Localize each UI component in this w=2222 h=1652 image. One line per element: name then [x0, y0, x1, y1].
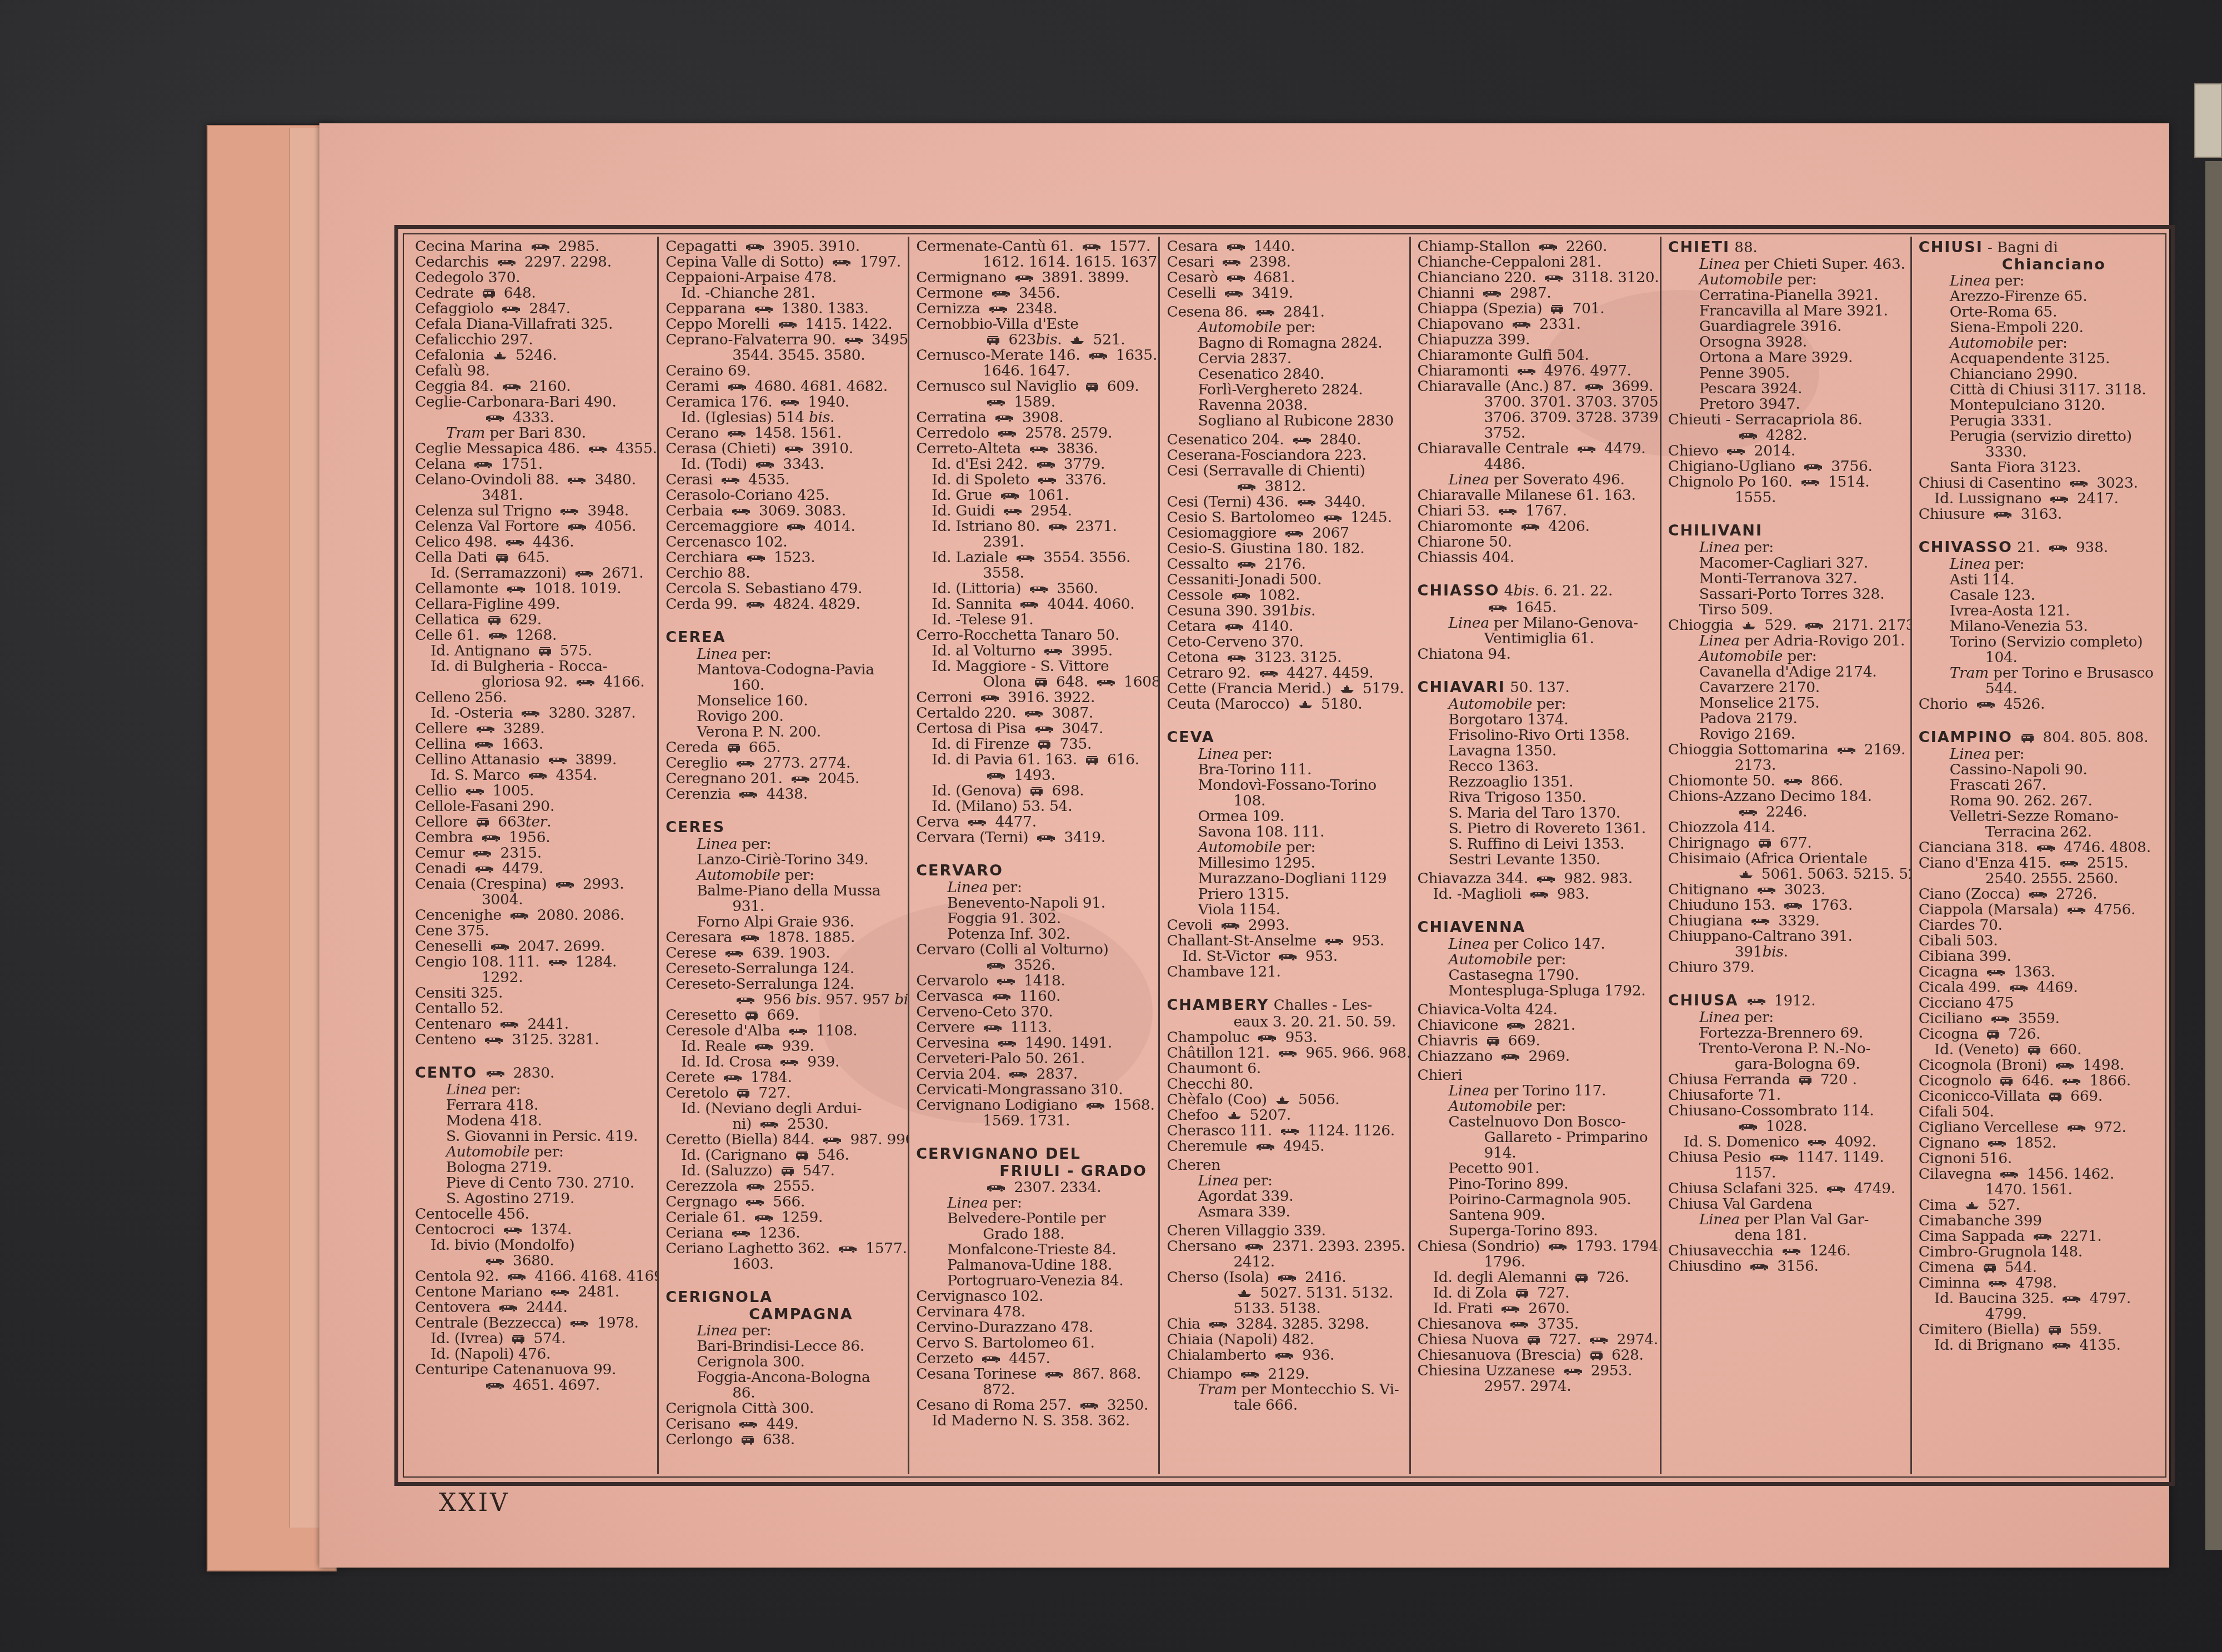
index-entry: Cefalù 98. — [415, 363, 652, 379]
bus-icon — [495, 1299, 522, 1316]
entry-continuation: 1612. 1614. 1615. 1637. — [916, 254, 1153, 270]
bus-icon — [1254, 1029, 1280, 1046]
bus-icon — [1228, 587, 1254, 604]
service-type: Linea — [1699, 632, 1740, 649]
entry-continuation: 5133. 5138. — [1167, 1301, 1403, 1316]
index-entry: Cheren Villaggio 339. — [1167, 1223, 1403, 1239]
index-entry: Cevoli 2993. — [1167, 918, 1403, 933]
tram-icon — [1754, 834, 1775, 852]
destination-entry: Pescara 3924. — [1668, 381, 1905, 397]
bus-icon — [527, 238, 554, 255]
bus-icon — [1078, 238, 1105, 255]
service-detail: per: — [1239, 745, 1273, 763]
bus-icon — [2058, 1072, 2085, 1089]
bus-icon — [1255, 664, 1282, 682]
bus-icon — [1033, 829, 1059, 846]
index-entry: Censiti 325. — [415, 985, 652, 1001]
bus-icon — [1223, 269, 1249, 286]
index-entry: Chia 3284. 3285. 3298. — [1167, 1316, 1403, 1332]
station-heading: CHIUSA 1912. — [1668, 992, 1905, 1010]
destination-entry: Poirino-Carmagnola 905. — [1418, 1192, 1654, 1208]
tram-icon — [1030, 673, 1052, 690]
bus-icon — [750, 300, 777, 317]
index-entry: Cerratina 3908. — [916, 410, 1153, 425]
service-label: Linea per: — [1919, 557, 2155, 572]
destination-entry: Ivrea-Aosta 121. — [1919, 603, 2155, 619]
id-subentry: Id. Laziale 3554. 3556. — [916, 550, 1153, 565]
service-type: Linea — [1449, 471, 1489, 488]
bus-icon — [1274, 1044, 1301, 1062]
destination-entry: Orte-Roma 65. — [1919, 304, 2155, 320]
tram-icon — [1483, 1032, 1504, 1049]
heading-name: CHIUSI — [1919, 239, 1983, 256]
entry-continuation: 4651. 4697. — [415, 1378, 652, 1393]
service-type: Automobile — [1699, 648, 1783, 665]
destination-entry: S. Giovanni in Persic. 419. — [415, 1129, 652, 1144]
bus-icon — [834, 1240, 861, 1257]
bus-icon — [1220, 284, 1247, 302]
bus-icon — [1765, 1149, 1792, 1166]
bus-icon — [1223, 649, 1250, 666]
entry-continuation: 86. — [665, 1385, 902, 1401]
index-entry: Cellino Attanasio 3899. — [415, 752, 652, 768]
entry-continuation: 5061. 5063. 5215. 5216. — [1668, 867, 1905, 882]
destination-entry: Sogliano al Rubicone 2830 — [1167, 413, 1403, 429]
heading-name: CHAMBERY — [1167, 997, 1269, 1014]
index-entry: Chiesa Nuova 727. 2974. — [1418, 1332, 1654, 1348]
destination-entry: Borgotaro 1374. — [1418, 712, 1654, 728]
service-type: Linea — [1950, 272, 1990, 289]
index-entry: Celenza sul Trigno 3948. — [415, 503, 652, 519]
id-subentry: Id. al Volturno 3995. — [916, 643, 1153, 659]
tram-icon — [1795, 1071, 1816, 1088]
service-label: Linea per Colico 147. — [1418, 937, 1654, 952]
entry-continuation: dena 181. — [1668, 1228, 1905, 1243]
station-heading: CHAMBERY Challes - Les- — [1167, 997, 1403, 1014]
destination-entry: Fortezza-Brennero 69. — [1668, 1025, 1905, 1041]
index-entry: Cerchiara 1523. — [665, 550, 902, 565]
index-entry: Chiusi di Casentino 3023. — [1919, 475, 2155, 491]
id-subentry: Id. -Maglioli 983. — [1418, 887, 1654, 902]
heading-name: CEVA — [1167, 729, 1214, 746]
destination-entry: Monti-Terranova 327. — [1668, 571, 1905, 587]
destination-entry: S. Ruffino di Leivi 1353. — [1418, 837, 1654, 852]
destination-entry: Mantova-Codogna-Pavia — [665, 662, 902, 678]
bus-icon — [1274, 1269, 1300, 1286]
destination-entry: Monselice 2175. — [1668, 695, 1905, 711]
service-type: Linea — [1699, 539, 1740, 556]
index-entry: Cesarò 4681. — [1167, 270, 1403, 286]
service-detail: per: — [487, 1081, 521, 1098]
index-entry: Cerzeto 4457. — [916, 1351, 1153, 1366]
index-entry: Cesari 2398. — [1167, 254, 1403, 270]
destination-entry: Agordat 339. — [1167, 1189, 1403, 1204]
index-entry: Cignano 1852. — [1919, 1135, 2155, 1151]
index-entry: Cifali 504. — [1919, 1104, 2155, 1120]
bus-icon — [1321, 932, 1348, 949]
index-entry: Cefalonia 5246. — [415, 348, 652, 363]
index-column-4: Cesara 1440.Cesari 2398.Cesarò 4681.Cese… — [1158, 237, 1409, 1474]
index-entry: Chiaramonti 4976. 4977. — [1418, 363, 1654, 379]
entry-continuation: 1569. 1731. — [916, 1113, 1153, 1129]
bus-icon — [750, 1209, 777, 1226]
station-heading: CERIGNOLA — [665, 1289, 902, 1306]
destination-entry: Monfalcone-Trieste 84. — [916, 1242, 1153, 1258]
bus-icon — [988, 988, 1015, 1005]
bus-icon — [503, 580, 529, 597]
bus-icon — [2063, 1119, 2090, 1136]
heading-refs: 88. — [1730, 239, 1758, 256]
index-entry: Cerasi 4535. — [665, 472, 902, 488]
index-entry: Ceppo Morelli 1415. 1422. — [665, 317, 902, 332]
id-subentry: Id. Antignano 575. — [415, 643, 652, 659]
service-detail: per: — [1239, 1172, 1273, 1189]
tram-icon — [2017, 729, 2038, 746]
index-entry: Chignolo Po 160. 1514. — [1668, 474, 1905, 490]
destination-entry: Ravenna 2038. — [1167, 398, 1403, 413]
index-entry: Ceserana-Fosciandora 223. — [1167, 448, 1403, 463]
bus-icon — [1503, 1017, 1529, 1034]
index-entry: Cervesina 1490. 1491. — [916, 1035, 1153, 1051]
index-entry: Cerese 639. 1903. — [665, 945, 902, 961]
index-column-7: CHIUSI - Bagni diChiancianoLinea per:Are… — [1910, 237, 2161, 1474]
bus-icon — [498, 300, 524, 317]
service-detail: per: — [988, 879, 1022, 896]
bus-icon — [1221, 618, 1248, 635]
boat-icon — [1294, 695, 1317, 713]
bus-icon — [1804, 1133, 1830, 1150]
service-label: Automobile per: — [1418, 697, 1654, 712]
destination-entry: Pecetto 901. — [1418, 1161, 1654, 1177]
bus-icon — [487, 938, 513, 955]
index-entry: Cervino-Durazzano 478. — [916, 1320, 1153, 1335]
bus-icon — [1508, 316, 1535, 333]
service-type: Automobile — [1449, 951, 1533, 968]
bus-icon — [584, 440, 611, 457]
entry-continuation: 4333. — [415, 410, 652, 425]
bus-icon — [1025, 440, 1052, 457]
index-entry: Chions-Azzano Decimo 184. — [1668, 789, 1905, 804]
index-entry: Chiusa Sclafani 325. 4749. — [1668, 1181, 1905, 1197]
index-entry: Cepparana 1380. 1383. — [665, 301, 902, 317]
bus-icon — [993, 972, 1019, 989]
index-entry: Chiomonte 50. 866. — [1668, 773, 1905, 789]
index-entry: Cerchio 88. — [665, 565, 902, 581]
index-entry: Cerenzia 4438. — [665, 787, 902, 802]
index-entry: Cembra 1956. — [415, 830, 652, 845]
service-detail: per: — [2033, 334, 2067, 352]
index-entry: Chiaramonte Gulfi 504. — [1418, 348, 1654, 363]
bus-icon — [572, 673, 599, 690]
destination-entry: Castelnuovo Don Bosco- — [1418, 1114, 1654, 1130]
entry-continuation: eaux 3. 20. 21. 50. 59. — [1167, 1014, 1403, 1030]
index-entry: Ceregnano 201. 2045. — [665, 771, 902, 787]
destination-entry: Macomer-Cagliari 327. — [1668, 555, 1905, 571]
bus-icon — [1040, 642, 1067, 659]
service-type: Automobile — [1198, 319, 1282, 336]
destination-entry: Trento-Verona P. N.-No- — [1668, 1041, 1905, 1057]
index-entry: Chiusavecchia 1246. — [1668, 1243, 1905, 1259]
heading-name: CHIASSO — [1418, 582, 1500, 599]
entry-continuation: 2173. — [1668, 758, 1905, 773]
bus-icon — [524, 767, 551, 784]
index-entry: Chiassis 404. — [1418, 550, 1654, 565]
destination-entry: Pino-Torino 899. — [1418, 1177, 1654, 1192]
service-detail: per: — [1532, 1098, 1566, 1115]
index-entry: Cefaggiolo 2847. — [415, 301, 652, 317]
entry-continuation: 1796. — [1418, 1254, 1654, 1270]
bus-icon — [1780, 897, 1806, 914]
index-entry: Chigiano-Ugliano 3756. — [1668, 459, 1905, 474]
bus-icon — [1581, 378, 1608, 395]
service-type: Linea — [947, 1194, 988, 1212]
bus-icon — [840, 331, 867, 348]
id-subentry: Id. Id. Crosa 939. — [665, 1054, 902, 1070]
index-entry: Ciardes 70. — [1919, 918, 2155, 933]
station-heading: CEREA — [665, 629, 902, 647]
index-entry: Cernusco-Merate 146. 1635. — [916, 348, 1153, 363]
bus-icon — [1319, 509, 1346, 526]
bus-icon — [721, 944, 748, 962]
index-entry: Cecina Marina 2985. — [415, 239, 652, 254]
bus-icon — [564, 518, 590, 535]
index-entry: Cellole-Fasani 290. — [415, 799, 652, 814]
index-entry: Cerva 4477. — [916, 814, 1153, 830]
id-subentry: Id. Reale 939. — [665, 1039, 902, 1054]
id-subentry: Id. di Pavia 61. 163. 616. — [916, 752, 1153, 768]
bus-icon — [1041, 1365, 1068, 1383]
bus-icon — [472, 720, 499, 737]
id-subentry: Id. (Genova) 698. — [916, 783, 1153, 799]
index-entry: Chioggia Sottomarina 2169. — [1668, 742, 1905, 758]
index-entry: Centuripe Catenanuova 99. — [415, 1362, 652, 1378]
bus-icon — [977, 689, 1003, 706]
index-entry: Cesenatico 204. 2840. — [1167, 432, 1403, 448]
service-detail: per Torino e Brusasco — [1989, 664, 2154, 682]
index-entry: Certaldo 220. 3087. — [916, 705, 1153, 721]
bus-icon — [735, 785, 762, 803]
index-entry: Cepagatti 3905. 3910. — [665, 239, 902, 254]
bus-icon — [482, 409, 508, 426]
index-entry: Chiavica-Volta 424. — [1418, 1002, 1654, 1018]
station-heading: CEVA — [1167, 729, 1403, 747]
bus-icon — [732, 991, 759, 1008]
bus-icon — [563, 471, 590, 488]
bus-icon — [1723, 442, 1749, 459]
id-subentry: Id. Maggiore - S. Vittore — [916, 659, 1153, 674]
destination-entry: Santena 909. — [1418, 1208, 1654, 1223]
service-label: Tram per Torino e Brusasco — [1919, 665, 2155, 681]
bus-icon — [1082, 1097, 1109, 1114]
service-detail: per: — [737, 645, 771, 663]
index-entry: Chiusdino 3156. — [1668, 1259, 1905, 1274]
index-entry: Ciano d'Enza 415. 2515. — [1919, 855, 2155, 871]
destination-entry: Millesimo 1295. — [1167, 855, 1403, 871]
service-type: Linea — [1198, 745, 1238, 763]
index-entry: Centovera 2444. — [415, 1300, 652, 1315]
bus-icon — [1012, 549, 1039, 566]
service-label: Tram per Montecchio S. Vi- — [1167, 1382, 1403, 1398]
index-entry: Chiuro 379. — [1668, 960, 1905, 975]
bus-icon — [1093, 673, 1119, 690]
index-entry: Chaumont 6. — [1167, 1061, 1403, 1077]
entry-continuation: 5027. 5131. 5132. — [1167, 1285, 1403, 1301]
bus-icon — [2063, 901, 2090, 918]
index-entry: Cervere 1113. — [916, 1020, 1153, 1035]
destination-entry: Verona P. N. 200. — [665, 724, 902, 740]
index-entry: Cefalicchio 297. — [415, 332, 652, 348]
bus-icon — [1533, 870, 1559, 887]
service-type: Linea — [697, 1322, 737, 1339]
index-entry: Chiozzola 414. — [1668, 820, 1905, 835]
entry-continuation: 931. — [665, 899, 902, 914]
index-entry: Cerami 4680. 4681. 4682. — [665, 379, 902, 394]
destination-entry: Bologna 2719. — [415, 1160, 652, 1175]
station-heading-continuation: CAMPAGNA — [665, 1306, 902, 1323]
entry-continuation: 1157. — [1668, 1165, 1905, 1181]
page-number: XXIV — [439, 1489, 510, 1517]
service-type: Linea — [1449, 1082, 1489, 1099]
index-entry: Ciciliano 3559. — [1919, 1011, 2155, 1027]
id-subentry: Id. Sannita 4044. 4060. — [916, 597, 1153, 612]
index-entry: Chirignago 677. — [1668, 835, 1905, 851]
destination-entry: Cerignola 300. — [665, 1354, 902, 1370]
index-entry: Cicala 499. 4469. — [1919, 980, 2155, 995]
destination-entry: Asti 114. — [1919, 572, 2155, 588]
bus-icon — [1743, 993, 1770, 1009]
bus-icon — [1484, 599, 1511, 616]
index-entry: Celenza Val Fortore 4056. — [415, 519, 652, 534]
index-column-6: CHIETI 88.Linea per Chieti Super. 463.Au… — [1660, 237, 1910, 1474]
destination-entry: Rezzoaglio 1351. — [1418, 774, 1654, 790]
id-subentry: Id. (Todi) 3343. — [665, 457, 902, 472]
index-entry: Cherso (Isola) 2416. — [1167, 1270, 1403, 1285]
index-entry: Cerveno-Ceto 370. — [916, 1004, 1153, 1020]
id-subentry: Id Maderno N. S. 358. 362. — [916, 1413, 1153, 1429]
index-entry: Cernizza 2348. — [916, 301, 1153, 317]
service-detail: per Colico 147. — [1489, 935, 1605, 953]
index-entry: Chambave 121. — [1167, 964, 1403, 980]
bus-icon — [1237, 1365, 1263, 1383]
service-label: Automobile per: — [1167, 320, 1403, 336]
station-heading: CENTO 2830. — [415, 1064, 652, 1082]
index-entry: Chiazzano 2969. — [1418, 1049, 1654, 1064]
heading-name: CHILIVANI — [1668, 522, 1763, 539]
entry-continuation: gara-Bologna 69. — [1668, 1057, 1905, 1072]
bus-icon — [571, 564, 598, 582]
index-entry: Cereseto-Serralunga 124. — [665, 961, 902, 977]
bus-icon — [2029, 1228, 2056, 1245]
bus-icon — [2045, 539, 2071, 556]
index-entry: Chiaia (Napoli) 482. — [1167, 1332, 1403, 1348]
destination-entry: Guardiagrele 3916. — [1668, 319, 1905, 334]
id-subentry: Id. di Brignano 4135. — [1919, 1338, 2155, 1353]
service-type: Automobile — [1699, 271, 1783, 288]
bus-icon — [2058, 1290, 2085, 1307]
service-type: Linea — [1449, 614, 1489, 632]
index-column-5: Chiamp-Stallon 2260.Chianche-Ceppaloni 2… — [1409, 237, 1660, 1474]
book-tab — [2194, 83, 2222, 158]
id-subentry: Id. di Bulgheria - Rocca- — [415, 659, 652, 674]
index-entry: Chiarone 50. — [1418, 534, 1654, 550]
entry-continuation: 2412. — [1167, 1254, 1403, 1270]
boat-icon — [1735, 865, 1757, 883]
index-entry: Cheremule 4945. — [1167, 1139, 1403, 1154]
destination-entry: Penne 3905. — [1668, 366, 1905, 381]
tram-icon — [2044, 1321, 2065, 1338]
service-label: Automobile per: — [1668, 272, 1905, 288]
id-subentry: Id. Baucina 325. 4797. — [1919, 1291, 2155, 1306]
bus-icon — [496, 1015, 523, 1033]
index-entry: Chialamberto 936. — [1167, 1348, 1403, 1363]
service-detail: per Plan Val Gar- — [1740, 1211, 1869, 1228]
station-heading: CHILIVANI — [1668, 522, 1905, 540]
index-entry: Cesi (Terni) 436. 3440. — [1167, 494, 1403, 510]
station-heading-continuation: Chianciano — [1919, 257, 2155, 273]
index-table-frame: Cecina Marina 2985.Cedarchis 2297. 2298.… — [394, 225, 2175, 1486]
destination-entry: Riva Trigoso 1350. — [1418, 790, 1654, 805]
index-entry: Cervignano Lodigiano 1568. — [916, 1098, 1153, 1113]
tram-icon — [1082, 378, 1103, 395]
bus-icon — [742, 1193, 768, 1210]
tram-icon — [1586, 1346, 1607, 1364]
bus-icon — [1506, 1315, 1533, 1333]
index-entry: Chiesa (Sondrio) 1793. 1794. — [1418, 1239, 1654, 1254]
index-entry: Ciappola (Marsala) 4756. — [1919, 902, 2155, 918]
bus-icon — [983, 1179, 1009, 1196]
index-entry: Cedrate 648. — [415, 286, 652, 301]
id-subentry: Id. di Spoleto 3376. — [916, 472, 1153, 488]
entry-continuation: 108. — [1167, 793, 1403, 809]
destination-entry: Velletri-Sezze Romano- — [1919, 809, 2155, 824]
bus-icon — [1973, 695, 1999, 713]
index-entry: Ceto-Cerveno 370. — [1167, 634, 1403, 650]
entry-continuation: 3706. 3709. 3728. 3739. — [1418, 410, 1654, 425]
index-entry: Cessaniti-Jonadi 500. — [1167, 572, 1403, 588]
index-entry: Cigliano Vercellese 972. — [1919, 1120, 2155, 1135]
tram-icon — [492, 549, 513, 566]
tram-icon — [983, 331, 1004, 348]
index-entry: Celico 498. 4436. — [415, 534, 652, 550]
bus-icon — [983, 393, 1009, 411]
index-entry: Cerano 1458. 1561. — [665, 425, 902, 441]
bus-icon — [743, 549, 769, 566]
id-subentry: Id. -Osteria 3280. 3287. — [415, 705, 652, 721]
tram-icon — [2045, 1088, 2066, 1105]
entry-continuation: 3481. — [415, 488, 652, 503]
index-entry: Cesio-S. Giustina 180. 182. — [1167, 541, 1403, 557]
destination-entry: Belvedere-Pontile per — [916, 1211, 1153, 1227]
index-entry: Cellamonte 1018. 1019. — [415, 581, 652, 597]
service-label: Linea per Plan Val Gar- — [1668, 1212, 1905, 1228]
entry-continuation: 3752. — [1418, 425, 1654, 441]
destination-entry: Arezzo-Firenze 65. — [1919, 289, 2155, 304]
index-entry: Ceprano-Falvaterra 90. 3495. — [665, 332, 902, 348]
index-entry: Ceretolo 727. — [665, 1085, 902, 1101]
bus-icon — [991, 409, 1018, 426]
index-entry: Chiari 53. 1767. — [1418, 503, 1654, 519]
bus-icon — [1800, 458, 1826, 475]
bus-icon — [498, 378, 525, 395]
index-entry: Cerreto-Alteta 3836. — [916, 441, 1153, 457]
index-entry: Cervinara 478. — [916, 1304, 1153, 1320]
index-entry: Cesi (Serravalle di Chienti) — [1167, 463, 1403, 479]
bus-icon — [1005, 1065, 1032, 1083]
entry-continuation: 3526. — [916, 958, 1153, 973]
bus-icon — [1497, 1048, 1524, 1065]
destination-entry: Siena-Empoli 220. — [1919, 320, 2155, 336]
bus-icon — [1252, 1138, 1279, 1155]
